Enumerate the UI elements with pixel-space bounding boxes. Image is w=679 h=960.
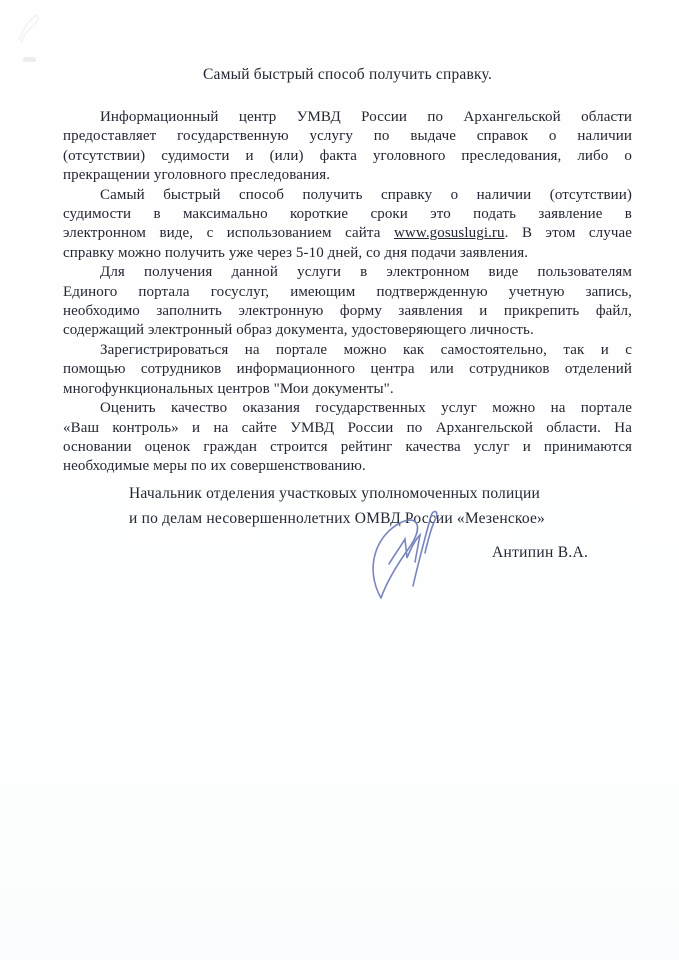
paragraph5-line: необходимые меры по их совершенствованию… xyxy=(63,457,632,476)
faint-smudge-mark xyxy=(23,57,36,62)
gosuslugi-url-text: www.gosuslugi.ru xyxy=(394,225,505,241)
paragraph3-line: Единого портала госуслуг, имеющим подтве… xyxy=(63,283,632,302)
paragraph4-line: Зарегистрироваться на портале можно как … xyxy=(63,341,632,360)
paragraph5-line: Оценить качество оказания государственны… xyxy=(63,399,632,418)
paragraph4-line: многофункциональных центров "Мои докумен… xyxy=(63,380,632,399)
faint-pen-scribble-mark xyxy=(15,12,43,44)
paragraph2-text-before-url: электронном виде, с использованием сайта xyxy=(63,225,394,241)
paragraph1-line: Информационный центр УМВД России по Арха… xyxy=(63,108,632,127)
scanned-letter-page: Самый быстрый способ получить справку. И… xyxy=(0,0,679,960)
paragraph3-line: Для получения данной услуги в электронно… xyxy=(63,263,632,282)
paragraph1-line: прекращении уголовного преследования. xyxy=(63,166,632,185)
paragraph2-line: Самый быстрый способ получить справку о … xyxy=(63,186,632,205)
paragraph3-line: содержащий электронный образ документа, … xyxy=(63,321,632,340)
paragraph3-line: необходимо заполнить электронную форму з… xyxy=(63,302,632,321)
signatory-name: Антипин В.А. xyxy=(492,544,588,562)
signatory-position-line: Начальник отделения участковых уполномоч… xyxy=(129,481,599,506)
paragraph1-line: (отсутствии) судимости и (или) факта уго… xyxy=(63,147,632,166)
paragraph2-line-with-url: электронном виде, с использованием сайта… xyxy=(63,224,632,243)
paragraph5-line: «Ваш контроль» и на сайте УМВД России по… xyxy=(63,419,632,438)
paragraph2-line: справку можно получить уже через 5-10 дн… xyxy=(63,244,632,263)
paragraph4-line: помощью сотрудников информационного цент… xyxy=(63,360,632,379)
paragraph2-line: судимости в максимально короткие сроки э… xyxy=(63,205,632,224)
paragraph5-line: основании оценок граждан строится рейтин… xyxy=(63,438,632,457)
paragraph1-line: предоставляет государственную услугу по … xyxy=(63,127,632,146)
handwritten-signature xyxy=(363,506,451,602)
paragraph2-text-after-url: . В этом случае xyxy=(505,225,632,241)
document-body: Информационный центр УМВД России по Арха… xyxy=(63,108,632,477)
document-title: Самый быстрый способ получить справку. xyxy=(63,66,632,84)
